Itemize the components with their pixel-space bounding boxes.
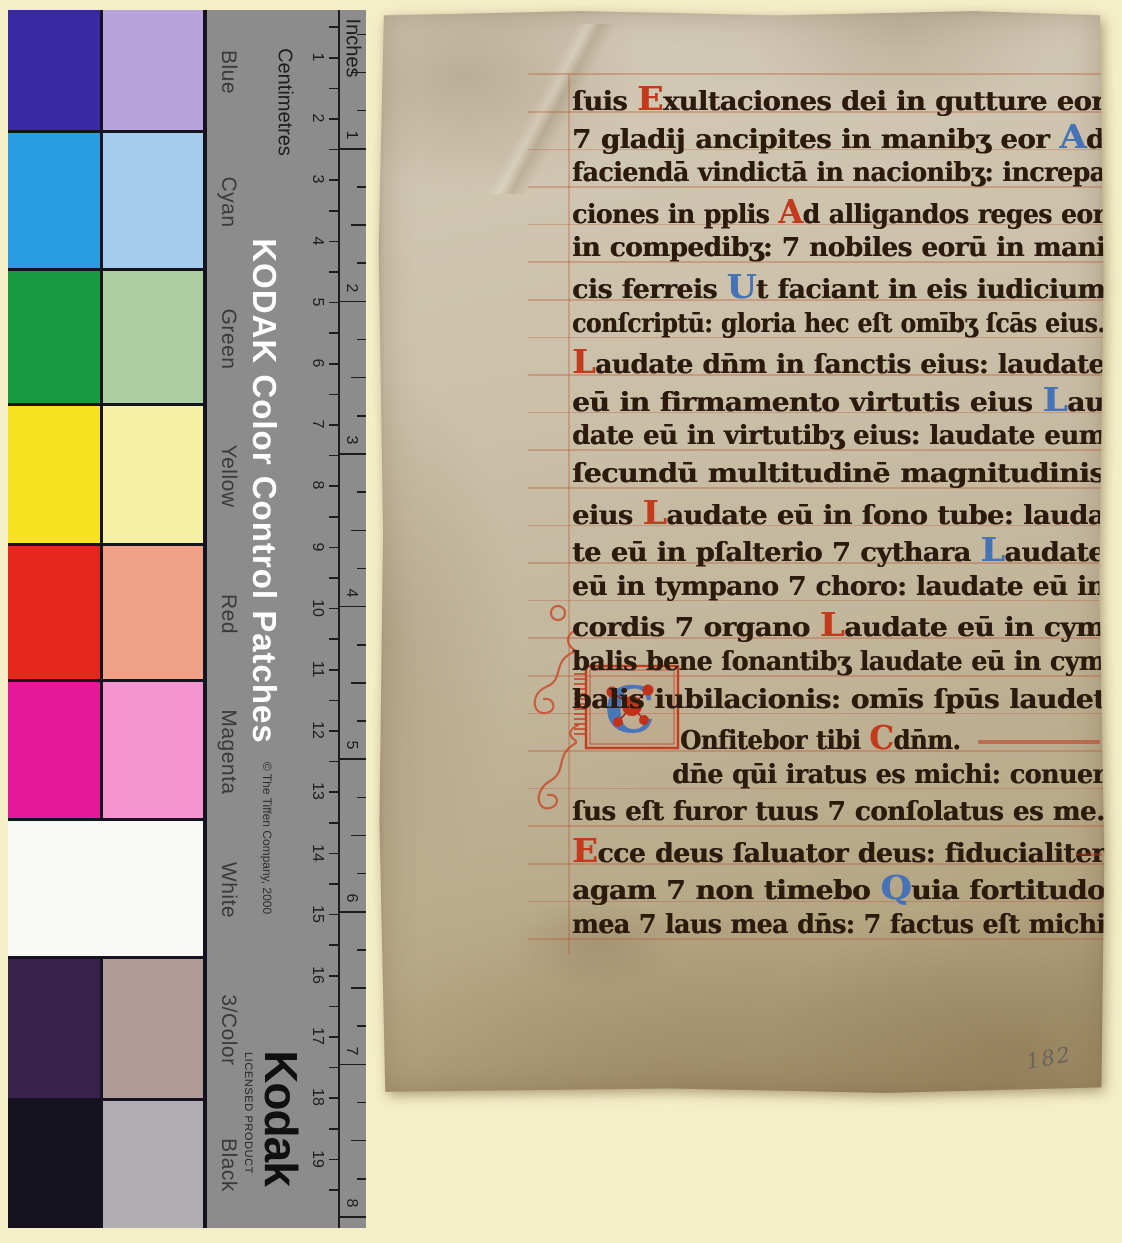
ruler-baseline: [338, 10, 340, 1228]
text-segment: balis iubilacionis: omīs ſpūs laudet: [572, 685, 1105, 715]
cm-tick: [329, 57, 338, 59]
cm-tick: [329, 302, 338, 304]
inch-tick: [351, 377, 366, 379]
manuscript-line: date eū in virtutibʒ eius: laudate eum: [572, 418, 1112, 456]
inch-tick: [338, 911, 366, 913]
manuscript-line-text: ſus eſt furor tuus 7 conſolatus es me.: [572, 794, 1105, 832]
inch-tick: [357, 1025, 366, 1027]
cm-number: 15: [308, 905, 326, 923]
inch-tick: [357, 873, 366, 875]
kodak-color-control-patches-title: KODAK Color Control Patches: [245, 238, 283, 744]
color-name-label: Magenta: [216, 709, 240, 794]
text-segment: eū in firmamento virtutis eius: [572, 388, 1042, 418]
manuscript-line: agam 7 non timebo Quia fortitudo: [572, 869, 1112, 907]
cm-tick: [329, 332, 338, 334]
folio-number: 182: [1024, 1042, 1074, 1074]
patch-light: [103, 959, 203, 1098]
cm-tick: [329, 1097, 338, 1099]
color-name-label: Green: [216, 308, 240, 369]
text-segment: mea 7 laus mea dn̄s: 7 factus eſt michi: [572, 910, 1105, 940]
color-patch-row: [8, 133, 203, 271]
inch-tick: [351, 987, 366, 989]
text-segment: t faciant in eis iudicium: [756, 275, 1105, 305]
cm-tick: [329, 577, 338, 579]
manuscript-line: in compedibʒ: 7 nobiles eorū in mani: [572, 230, 1112, 268]
manuscript-line-text: faciendā vindictā in nacionibʒ: increpa: [572, 155, 1105, 193]
inch-tick: [351, 682, 366, 684]
cm-number: 8: [308, 481, 326, 490]
cm-tick: [329, 638, 338, 640]
cm-tick: [329, 1006, 338, 1008]
inch-tick: [338, 453, 366, 455]
inch-number: 2: [342, 283, 360, 292]
manuscript-line: eū in tympano 7 choro: laudate eū in: [572, 569, 1112, 607]
manuscript-line-text: cis ferreis Ut faciant in eis iudicium: [572, 268, 1105, 310]
cm-number: 16: [308, 966, 326, 984]
text-segment: agam 7 non timebo: [572, 876, 880, 906]
cm-number: 17: [308, 1027, 326, 1045]
cm-tick: [329, 118, 338, 120]
manuscript-line: ſuis Exultaciones dei in gutture eor: [572, 80, 1112, 118]
color-patch-column: [8, 10, 207, 1228]
patch-dark: [8, 271, 103, 403]
cm-number: 11: [308, 661, 326, 678]
inch-tick: [357, 568, 366, 570]
inch-tick: [351, 224, 366, 226]
manuscript-line-text: te eū in pſalterio 7 cythara Laudate: [572, 531, 1105, 573]
inch-tick: [357, 644, 366, 646]
text-segment: date eū in virtutibʒ eius: laudate eum: [572, 421, 1105, 451]
cm-number: 19: [308, 1150, 326, 1168]
initial-letter: C: [869, 718, 893, 757]
color-name-label: Black: [216, 1138, 240, 1192]
patch-dark: [8, 10, 103, 130]
cm-tick: [329, 944, 338, 946]
inch-tick: [351, 72, 366, 74]
text-segment: audate eū in ſono tube: lauda: [666, 501, 1104, 531]
centimetres-label: Centimetres: [273, 48, 296, 156]
licensed-product-label: LICENSED PRODUCT: [242, 1052, 254, 1174]
patch-light: [103, 1101, 203, 1228]
initial-letter: Q: [880, 868, 911, 907]
color-name-label: 3/Color: [216, 994, 240, 1065]
cm-tick: [329, 271, 338, 273]
cm-tick: [329, 547, 338, 549]
cm-number: 7: [308, 420, 326, 429]
manuscript-line: mea 7 laus mea dn̄s: 7 factus eſt michi: [572, 907, 1112, 945]
cm-number: 3: [308, 175, 326, 184]
inch-tick: [351, 1140, 366, 1142]
cm-number: 12: [308, 721, 326, 739]
patch-white: [8, 821, 203, 956]
cm-tick: [329, 883, 338, 885]
text-segment: ſus eſt furor tuus 7 conſolatus es me.: [572, 797, 1105, 827]
manuscript-leaf: C ſuis Exultaciones dei in gutture eor7 …: [378, 10, 1105, 1095]
inch-tick: [357, 1102, 366, 1104]
manuscript-line: ciones in pplis Ad alligandos reges eor: [572, 193, 1112, 231]
cm-tick: [329, 1036, 338, 1038]
manuscript-line-text: balis iubilacionis: omīs ſpūs laudet: [572, 682, 1105, 720]
patch-light: [103, 682, 203, 818]
inch-number: 5: [342, 741, 360, 750]
color-patch-row: [8, 406, 203, 546]
manuscript-line-text: ſecundū multitudinē magnitudinis: [572, 456, 1105, 494]
inch-tick: [351, 835, 366, 837]
tiffen-copyright: © The Tiffen Company, 2000: [260, 762, 274, 914]
inch-tick: [357, 339, 366, 341]
color-patch-row: [8, 10, 203, 133]
cm-tick: [329, 210, 338, 212]
text-segment: d: [1086, 125, 1105, 155]
inch-number: 7: [342, 1046, 360, 1055]
text-segment: audate eū in cym: [844, 613, 1105, 643]
text-segment: uia fortitudo: [911, 876, 1105, 906]
initial-letter: L: [642, 493, 666, 532]
cm-tick: [329, 608, 338, 610]
color-name-label: Cyan: [216, 176, 240, 227]
manuscript-text-block: ſuis Exultaciones dei in gutture eor7 gl…: [572, 80, 1112, 945]
color-patch-row: [8, 821, 203, 959]
inch-tick: [338, 1064, 366, 1066]
cm-tick: [329, 363, 338, 365]
initial-letter: E: [572, 831, 597, 870]
inch-tick: [338, 148, 366, 150]
patch-light: [103, 271, 203, 403]
initial-letter: L: [572, 342, 595, 381]
manuscript-line: balis bene ſonantibʒ laudate eū in cym: [572, 644, 1112, 682]
manuscript-line: 7 gladij ancipites in manibʒ eor Ad: [572, 118, 1112, 156]
inch-tick: [357, 186, 366, 188]
patch-dark: [8, 959, 103, 1098]
line-filler: [978, 740, 1100, 744]
cm-tick: [329, 149, 338, 151]
color-name-label: White: [216, 862, 240, 918]
inch-tick: [357, 415, 366, 417]
inch-tick: [338, 301, 366, 303]
cm-tick: [329, 241, 338, 243]
text-segment: cce deus ſaluator deus: fiducialiter: [597, 839, 1105, 869]
cm-number: 5: [308, 297, 326, 306]
inch-tick: [357, 110, 366, 112]
manuscript-line-text: Laudate dn̄m in ſanctis eius: laudate: [572, 343, 1105, 385]
patch-dark: [8, 682, 103, 818]
manuscript-line: dn̄e qūi iratus es michi: conuer: [572, 757, 1112, 795]
patch-light: [103, 10, 203, 130]
ruler-strip: Centimetres Inches KODAK Color Control P…: [207, 10, 366, 1228]
manuscript-line: Ecce deus ſaluator deus: fiducialiter: [572, 832, 1112, 870]
scanned-page: Centimetres Inches KODAK Color Control P…: [0, 0, 1122, 1243]
color-name-label: Yellow: [216, 445, 240, 508]
inch-number: 8: [342, 1199, 360, 1208]
text-segment: audate: [1004, 538, 1105, 568]
cm-tick: [329, 1159, 338, 1161]
cm-tick: [329, 791, 338, 793]
kodak-logo: Kodak: [254, 1050, 308, 1186]
text-segment: in compedibʒ: 7 nobiles eorū in mani: [572, 233, 1105, 263]
cm-tick: [329, 516, 338, 518]
text-segment: cordis 7 organo: [572, 613, 820, 643]
inch-tick: [357, 720, 366, 722]
manuscript-line: eius Laudate eū in ſono tube: lauda: [572, 494, 1112, 532]
inch-tick: [357, 1178, 366, 1180]
manuscript-line-text: ciones in pplis Ad alligandos reges eor: [572, 193, 1105, 235]
cm-number: 14: [308, 844, 326, 862]
cm-number: 13: [308, 782, 326, 800]
text-segment: 7 gladij ancipites in manibʒ eor: [572, 125, 1059, 155]
color-name-label: Red: [216, 594, 240, 634]
manuscript-line-text: date eū in virtutibʒ eius: laudate eum: [572, 418, 1105, 456]
patch-light: [103, 406, 203, 543]
manuscript-leaf-wrapper: C ſuis Exultaciones dei in gutture eor7 …: [378, 10, 1105, 1095]
patch-light: [103, 546, 203, 679]
manuscript-line-text: eius Laudate eū in ſono tube: lauda: [572, 494, 1105, 536]
cm-number: 9: [308, 542, 326, 551]
cm-tick: [329, 394, 338, 396]
line-filler: [1076, 853, 1102, 856]
manuscript-line-text: balis bene ſonantibʒ laudate eū in cym: [572, 644, 1105, 682]
initial-letter: L: [1042, 380, 1067, 419]
color-patch-row: [8, 959, 203, 1101]
manuscript-line: Laudate dn̄m in ſanctis eius: laudate: [572, 343, 1112, 381]
manuscript-line-text: dn̄e qūi iratus es michi: conuer: [672, 757, 1105, 795]
text-segment: ciones in pplis: [572, 200, 778, 230]
manuscript-line-text: ſuis Exultaciones dei in gutture eor: [572, 80, 1105, 122]
manuscript-line-text: in compedibʒ: 7 nobiles eorū in mani: [572, 230, 1105, 268]
patch-dark: [8, 406, 103, 543]
color-patch-row: [8, 271, 203, 406]
cm-tick: [329, 485, 338, 487]
text-segment: faciendā vindictā in nacionibʒ: increpa: [572, 158, 1105, 188]
initial-letter: L: [981, 530, 1005, 569]
cm-tick: [329, 730, 338, 732]
initial-letter: U: [727, 267, 756, 306]
cm-number: 18: [308, 1088, 326, 1106]
manuscript-line: ſecundū multitudinē magnitudinis: [572, 456, 1112, 494]
cm-tick: [329, 853, 338, 855]
cm-tick: [329, 975, 338, 977]
manuscript-line-text: mea 7 laus mea dn̄s: 7 factus eſt michi: [572, 907, 1105, 945]
inch-tick: [357, 949, 366, 951]
initial-letter: E: [637, 79, 663, 118]
inch-tick: [338, 1216, 366, 1218]
inch-tick: [357, 491, 366, 493]
cm-tick: [329, 1067, 338, 1069]
manuscript-line: te eū in pſalterio 7 cythara Laudate: [572, 531, 1112, 569]
initial-letter: A: [1059, 117, 1086, 156]
text-segment: d alligandos reges eor: [802, 200, 1105, 230]
text-segment: au: [1067, 388, 1105, 418]
cm-tick: [329, 822, 338, 824]
initial-letter: L: [820, 605, 844, 644]
patch-dark: [8, 133, 103, 268]
cm-tick: [329, 761, 338, 763]
inch-tick: [351, 530, 366, 532]
manuscript-line: faciendā vindictā in nacionibʒ: increpa: [572, 155, 1112, 193]
cm-tick: [329, 455, 338, 457]
text-segment: Onfitebor tibi: [680, 726, 869, 756]
cm-tick: [329, 1128, 338, 1130]
text-segment: te eū in pſalterio 7 cythara: [572, 538, 981, 568]
text-segment: dn̄e qūi iratus es michi: conuer: [672, 760, 1105, 790]
color-patch-row: [8, 546, 203, 682]
inch-tick: [338, 758, 366, 760]
patch-dark: [8, 1101, 103, 1228]
manuscript-line-text: conſcriptū: gloria hec eſt omībʒ ſcās ei…: [572, 306, 1105, 344]
text-segment: xultaciones dei in gutture eor: [663, 87, 1105, 117]
cm-number: 4: [308, 236, 326, 245]
inch-number: 3: [342, 436, 360, 445]
manuscript-line-text: Ecce deus ſaluator deus: fiducialiter: [572, 832, 1105, 874]
cm-tick: [329, 914, 338, 916]
manuscript-line: eū in firmamento virtutis eius Lau: [572, 381, 1112, 419]
patch-light: [103, 133, 203, 268]
color-patch-row: [8, 1101, 203, 1228]
manuscript-line: conſcriptū: gloria hec eſt omībʒ ſcās ei…: [572, 306, 1112, 344]
inch-tick: [357, 262, 366, 264]
inch-tick: [357, 797, 366, 799]
color-name-label: Blue: [216, 49, 240, 93]
inch-number: 6: [342, 894, 360, 903]
initial-letter: A: [778, 192, 802, 231]
cm-number: 1: [308, 53, 326, 62]
text-segment: ſuis: [572, 87, 637, 117]
text-segment: cis ferreis: [572, 275, 727, 305]
vertical-ruling-line: [568, 74, 570, 954]
text-segment: dn̄m.: [893, 726, 960, 756]
text-segment: balis bene ſonantibʒ laudate eū in cym: [572, 647, 1105, 677]
inch-tick: [338, 606, 366, 608]
cm-tick: [329, 26, 338, 28]
manuscript-line-text: eū in tympano 7 choro: laudate eū in: [572, 569, 1105, 607]
text-segment: conſcriptū: gloria hec eſt omībʒ ſcās ei…: [572, 309, 1105, 339]
text-segment: ſecundū multitudinē magnitudinis: [572, 459, 1105, 489]
text-segment: eius: [572, 501, 642, 531]
cm-tick: [329, 700, 338, 702]
cm-tick: [329, 1189, 338, 1191]
manuscript-line: cordis 7 organo Laudate eū in cym: [572, 606, 1112, 644]
cm-number: 6: [308, 359, 326, 368]
cm-tick: [329, 179, 338, 181]
manuscript-line-text: eū in firmamento virtutis eius Lau: [572, 381, 1105, 423]
manuscript-line-text: agam 7 non timebo Quia fortitudo: [572, 869, 1105, 911]
inches-label: Inches: [341, 19, 364, 78]
inch-tick: [357, 34, 366, 36]
inch-number: 1: [342, 131, 360, 140]
cm-tick: [329, 669, 338, 671]
manuscript-line: Onfitebor tibi Cdn̄m.: [572, 719, 1112, 757]
manuscript-line-text: 7 gladij ancipites in manibʒ eor Ad: [572, 118, 1105, 160]
cm-tick: [329, 88, 338, 90]
manuscript-line-text: cordis 7 organo Laudate eū in cym: [572, 606, 1105, 648]
text-segment: eū in tympano 7 choro: laudate eū in: [572, 572, 1105, 602]
patch-dark: [8, 546, 103, 679]
manuscript-line: ſus eſt furor tuus 7 conſolatus es me.: [572, 794, 1112, 832]
text-segment: audate dn̄m in ſanctis eius: laudate: [595, 350, 1105, 380]
color-patch-row: [8, 682, 203, 821]
cm-tick: [329, 424, 338, 426]
ruling-line: [528, 73, 1104, 75]
manuscript-line: cis ferreis Ut faciant in eis iudicium: [572, 268, 1112, 306]
manuscript-line: balis iubilacionis: omīs ſpūs laudet: [572, 682, 1112, 720]
cm-number: 2: [308, 114, 326, 123]
inch-number: 4: [342, 588, 360, 597]
cm-number: 10: [308, 599, 326, 617]
manuscript-line-text: Onfitebor tibi Cdn̄m.: [680, 719, 960, 761]
